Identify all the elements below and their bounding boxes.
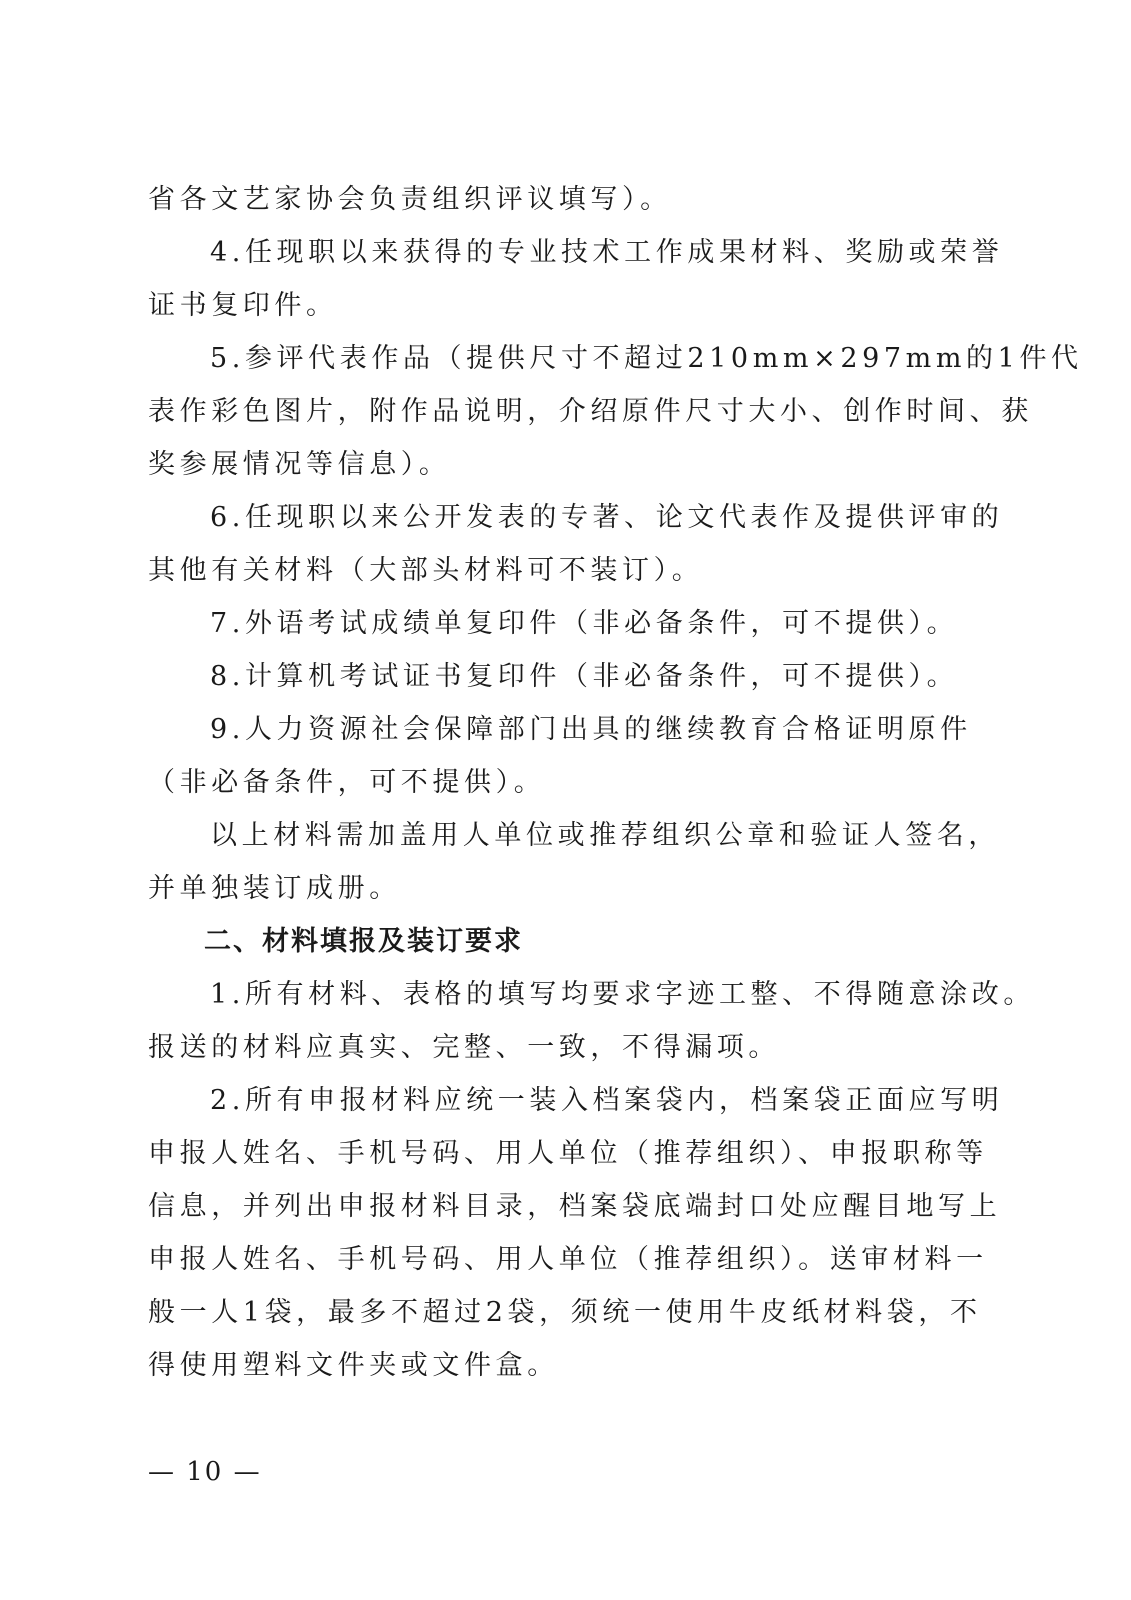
text-line: 申报人姓名、手机号码、用人单位（推荐组织）。送审材料一 [148,1240,988,1280]
list-item-8: 8.计算机考试证书复印件（非必备条件，可不提供）。 [210,657,958,697]
text-line: 表作彩色图片，附作品说明，介绍原件尺寸大小、创作时间、获 [148,392,1033,432]
text-line: 省各文艺家协会负责组织评议填写）。 [148,180,672,220]
text-line: （非必备条件，可不提供）。 [148,763,545,803]
section-heading: 二、材料填报及装订要求 [204,922,523,962]
list-item-9: 9.人力资源社会保障部门出具的继续教育合格证明原件 [210,710,972,750]
list-item-2: 2.所有申报材料应统一装入档案袋内，档案袋正面应写明 [210,1081,1003,1121]
text-line: 般一人1袋，最多不超过2袋，须统一使用牛皮纸材料袋，不 [148,1293,982,1333]
list-item-5: 5.参评代表作品（提供尺寸不超过210mm×297mm的1件代 [210,339,1083,379]
text-line: 申报人姓名、手机号码、用人单位（推荐组织）、申报职称等 [148,1134,988,1174]
list-item-1: 1.所有材料、表格的填写均要求字迹工整、不得随意涂改。 [210,975,1035,1015]
list-item-6: 6.任现职以来公开发表的专著、论文代表作及提供评审的 [210,498,1003,538]
text-line: 报送的材料应真实、完整、一致，不得漏项。 [148,1028,780,1068]
text-line: 奖参展情况等信息）。 [148,445,451,485]
text-line: 并单独装订成册。 [148,869,401,909]
text-line: 得使用塑料文件夹或文件盒。 [148,1346,559,1386]
page-number: — 10 — [148,1452,262,1492]
text-line: 证书复印件。 [148,286,338,326]
text-line: 其他有关材料（大部头材料可不装订）。 [148,551,703,591]
list-item-4: 4.任现职以来获得的专业技术工作成果材料、奖励或荣誉 [210,233,1003,273]
paragraph-note: 以上材料需加盖用人单位或推荐组织公章和验证人签名， [210,816,1000,856]
list-item-7: 7.外语考试成绩单复印件（非必备条件，可不提供）。 [210,604,958,644]
text-line: 信息，并列出申报材料目录，档案袋底端封口处应醒目地写上 [148,1187,1001,1227]
